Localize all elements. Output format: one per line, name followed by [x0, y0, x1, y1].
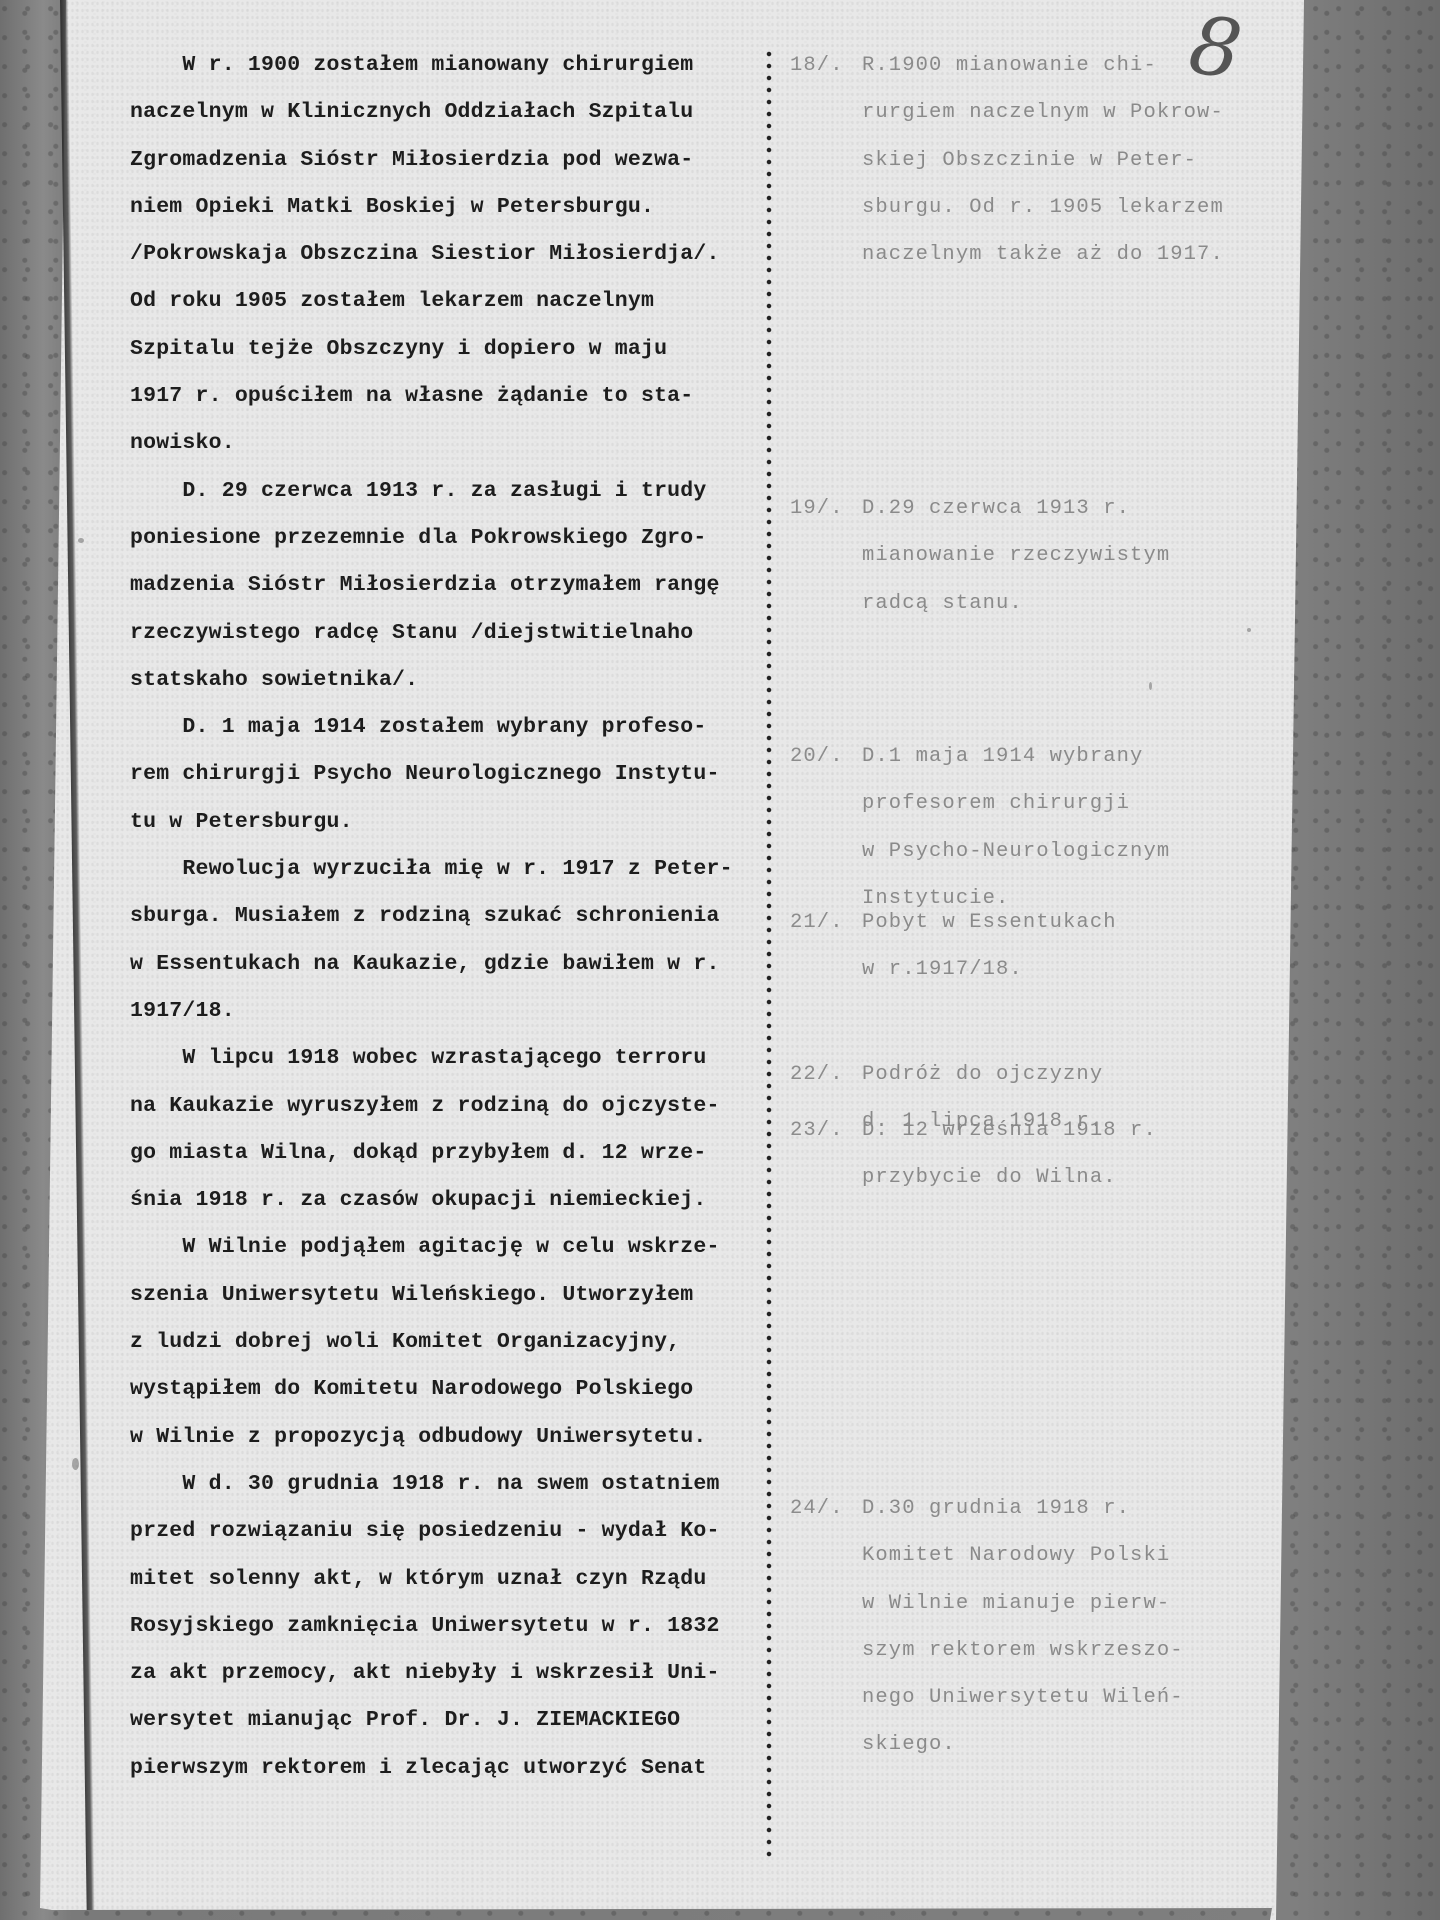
text-line: wystąpiłem do Komitetu Narodowego Polski…: [130, 1366, 770, 1413]
text-line: Od roku 1905 zostałem lekarzem naczelnym: [130, 278, 770, 325]
entry-line: w Wilnie mianuje pierw-: [790, 1580, 1184, 1627]
paragraph: D. 1 maja 1914 zostałem wybrany profeso-…: [130, 704, 770, 846]
text-line: 1917 r. opuściłem na własne żądanie to s…: [130, 373, 770, 420]
text-line: na Kaukazie wyruszyłem z rodziną do ojcz…: [130, 1083, 770, 1130]
text-line: tu w Petersburgu.: [130, 799, 770, 846]
text-line: w Essentukach na Kaukazie, gdzie bawiłem…: [130, 941, 770, 988]
text-line: wersytet mianując Prof. Dr. J. ZIEMACKIE…: [130, 1697, 770, 1744]
ink-speck: [78, 538, 84, 543]
entry-number: 18/.: [790, 42, 860, 89]
margin-entry: 18/.R.1900 mianowanie chi-rurgiem naczel…: [790, 42, 1224, 278]
entry-line: Komitet Narodowy Polski: [790, 1532, 1184, 1579]
text-line: W r. 1900 zostałem mianowany chirurgiem: [130, 42, 770, 89]
entry-line: w Psycho-Neurologicznym: [790, 828, 1170, 875]
text-line: szenia Uniwersytetu Wileńskiego. Utworzy…: [130, 1272, 770, 1319]
paragraph: D. 29 czerwca 1913 r. za zasługi i trudy…: [130, 468, 770, 704]
dotted-column-divider: [766, 48, 772, 1858]
margin-entry: 19/.D.29 czerwca 1913 r.mianowanie rzecz…: [790, 485, 1170, 627]
text-line: D. 29 czerwca 1913 r. za zasługi i trudy: [130, 468, 770, 515]
ink-speck: [1247, 628, 1251, 632]
text-line: nowisko.: [130, 420, 770, 467]
paragraph: Rewolucja wyrzuciła mię w r. 1917 z Pete…: [130, 846, 770, 1035]
entry-line: radcą stanu.: [790, 580, 1170, 627]
text-line: przed rozwiązaniu się posiedzeniu - wyda…: [130, 1508, 770, 1555]
text-line: statskaho sowietnika/.: [130, 657, 770, 704]
text-line: poniesione przezemnie dla Pokrowskiego Z…: [130, 515, 770, 562]
text-line: sburga. Musiałem z rodziną szukać schron…: [130, 893, 770, 940]
text-line: D. 1 maja 1914 zostałem wybrany profeso-: [130, 704, 770, 751]
entry-number: 22/.: [790, 1051, 860, 1098]
paragraph: W Wilnie podjąłem agitację w celu wskrze…: [130, 1224, 770, 1460]
text-line: go miasta Wilna, dokąd przybyłem d. 12 w…: [130, 1130, 770, 1177]
entry-line: sburgu. Od r. 1905 lekarzem: [790, 184, 1224, 231]
ink-speck: [72, 1458, 79, 1470]
paragraph: W lipcu 1918 wobec wzrastającego terroru…: [130, 1035, 770, 1224]
text-line: mitet solenny akt, w którym uznał czyn R…: [130, 1556, 770, 1603]
margin-entry: 21/.Pobyt w Essentukachw r.1917/18.: [790, 899, 1117, 994]
entry-line: skiej Obszczinie w Peter-: [790, 137, 1224, 184]
text-line: Szpitalu tejże Obszczyny i dopiero w maj…: [130, 326, 770, 373]
entry-number: 21/.: [790, 899, 860, 946]
entry-line: naczelnym także aż do 1917.: [790, 231, 1224, 278]
entry-number: 24/.: [790, 1485, 860, 1532]
entry-line: nego Uniwersytetu Wileń-: [790, 1674, 1184, 1721]
text-line: W Wilnie podjąłem agitację w celu wskrze…: [130, 1224, 770, 1271]
entry-line: profesorem chirurgji: [790, 780, 1170, 827]
entry-line: przybycie do Wilna.: [790, 1154, 1157, 1201]
main-text-column: W r. 1900 zostałem mianowany chirurgiemn…: [130, 42, 770, 1792]
entry-line: w r.1917/18.: [790, 946, 1117, 993]
entry-line: mianowanie rzeczywistym: [790, 532, 1170, 579]
entry-number: 20/.: [790, 733, 860, 780]
entry-number: 23/.: [790, 1107, 860, 1154]
entry-number: 19/.: [790, 485, 860, 532]
margin-entry: 20/.D.1 maja 1914 wybranyprofesorem chir…: [790, 733, 1170, 922]
text-line: rem chirurgji Psycho Neurologicznego Ins…: [130, 751, 770, 798]
text-line: 1917/18.: [130, 988, 770, 1035]
margin-entry: 24/.D.30 grudnia 1918 r.Komitet Narodowy…: [790, 1485, 1184, 1769]
text-line: śnia 1918 r. za czasów okupacji niemieck…: [130, 1177, 770, 1224]
text-line: Zgromadzenia Sióstr Miłosierdzia pod wez…: [130, 137, 770, 184]
text-line: /Pokrowskaja Obszczina Siestior Miłosier…: [130, 231, 770, 278]
text-line: z ludzi dobrej woli Komitet Organizacyjn…: [130, 1319, 770, 1366]
text-line: madzenia Sióstr Miłosierdzia otrzymałem …: [130, 562, 770, 609]
text-line: Rewolucja wyrzuciła mię w r. 1917 z Pete…: [130, 846, 770, 893]
entry-line: skiego.: [790, 1721, 1184, 1768]
text-line: naczelnym w Klinicznych Oddziałach Szpit…: [130, 89, 770, 136]
text-line: W lipcu 1918 wobec wzrastającego terroru: [130, 1035, 770, 1082]
margin-entry: 23/.D. 12 września 1918 r.przybycie do W…: [790, 1107, 1157, 1202]
entry-line: rurgiem naczelnym w Pokrow-: [790, 89, 1224, 136]
text-line: W d. 30 grudnia 1918 r. na swem ostatnie…: [130, 1461, 770, 1508]
text-line: w Wilnie z propozycją odbudowy Uniwersyt…: [130, 1414, 770, 1461]
text-line: niem Opieki Matki Boskiej w Petersburgu.: [130, 184, 770, 231]
entry-line: szym rektorem wskrzeszo-: [790, 1627, 1184, 1674]
text-line: rzeczywistego radcę Stanu /diejstwitieln…: [130, 610, 770, 657]
ink-speck: [1149, 682, 1152, 690]
text-line: Rosyjskiego zamknięcia Uniwersytetu w r.…: [130, 1603, 770, 1650]
text-line: za akt przemocy, akt niebyły i wskrzesił…: [130, 1650, 770, 1697]
text-line: pierwszym rektorem i zlecając utworzyć S…: [130, 1745, 770, 1792]
paragraph: W r. 1900 zostałem mianowany chirurgiemn…: [130, 42, 770, 468]
paragraph: W d. 30 grudnia 1918 r. na swem ostatnie…: [130, 1461, 770, 1792]
